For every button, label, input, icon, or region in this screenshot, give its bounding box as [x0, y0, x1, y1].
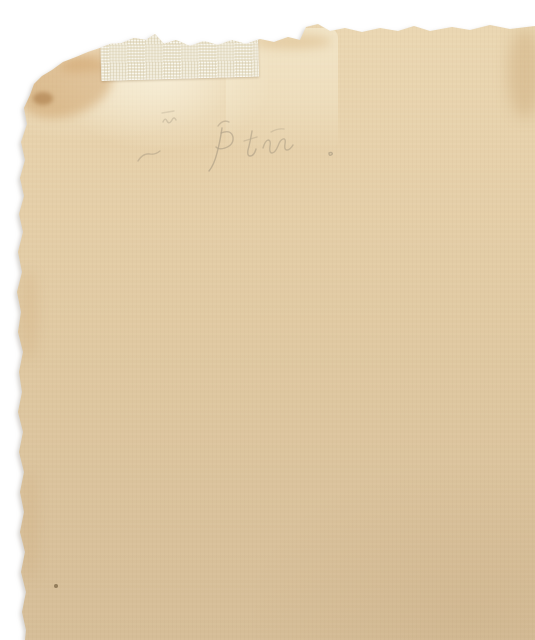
inscription-transcription: Pilii — [0, 0, 1, 1]
paper-sheet: Pilii — [0, 0, 535, 640]
photo-canvas: Pilii — [0, 0, 535, 640]
adhesive-tape — [100, 32, 259, 81]
dark-speck — [54, 584, 58, 588]
paper-surface: Pilii — [0, 0, 535, 640]
pencil-inscription — [0, 0, 535, 640]
